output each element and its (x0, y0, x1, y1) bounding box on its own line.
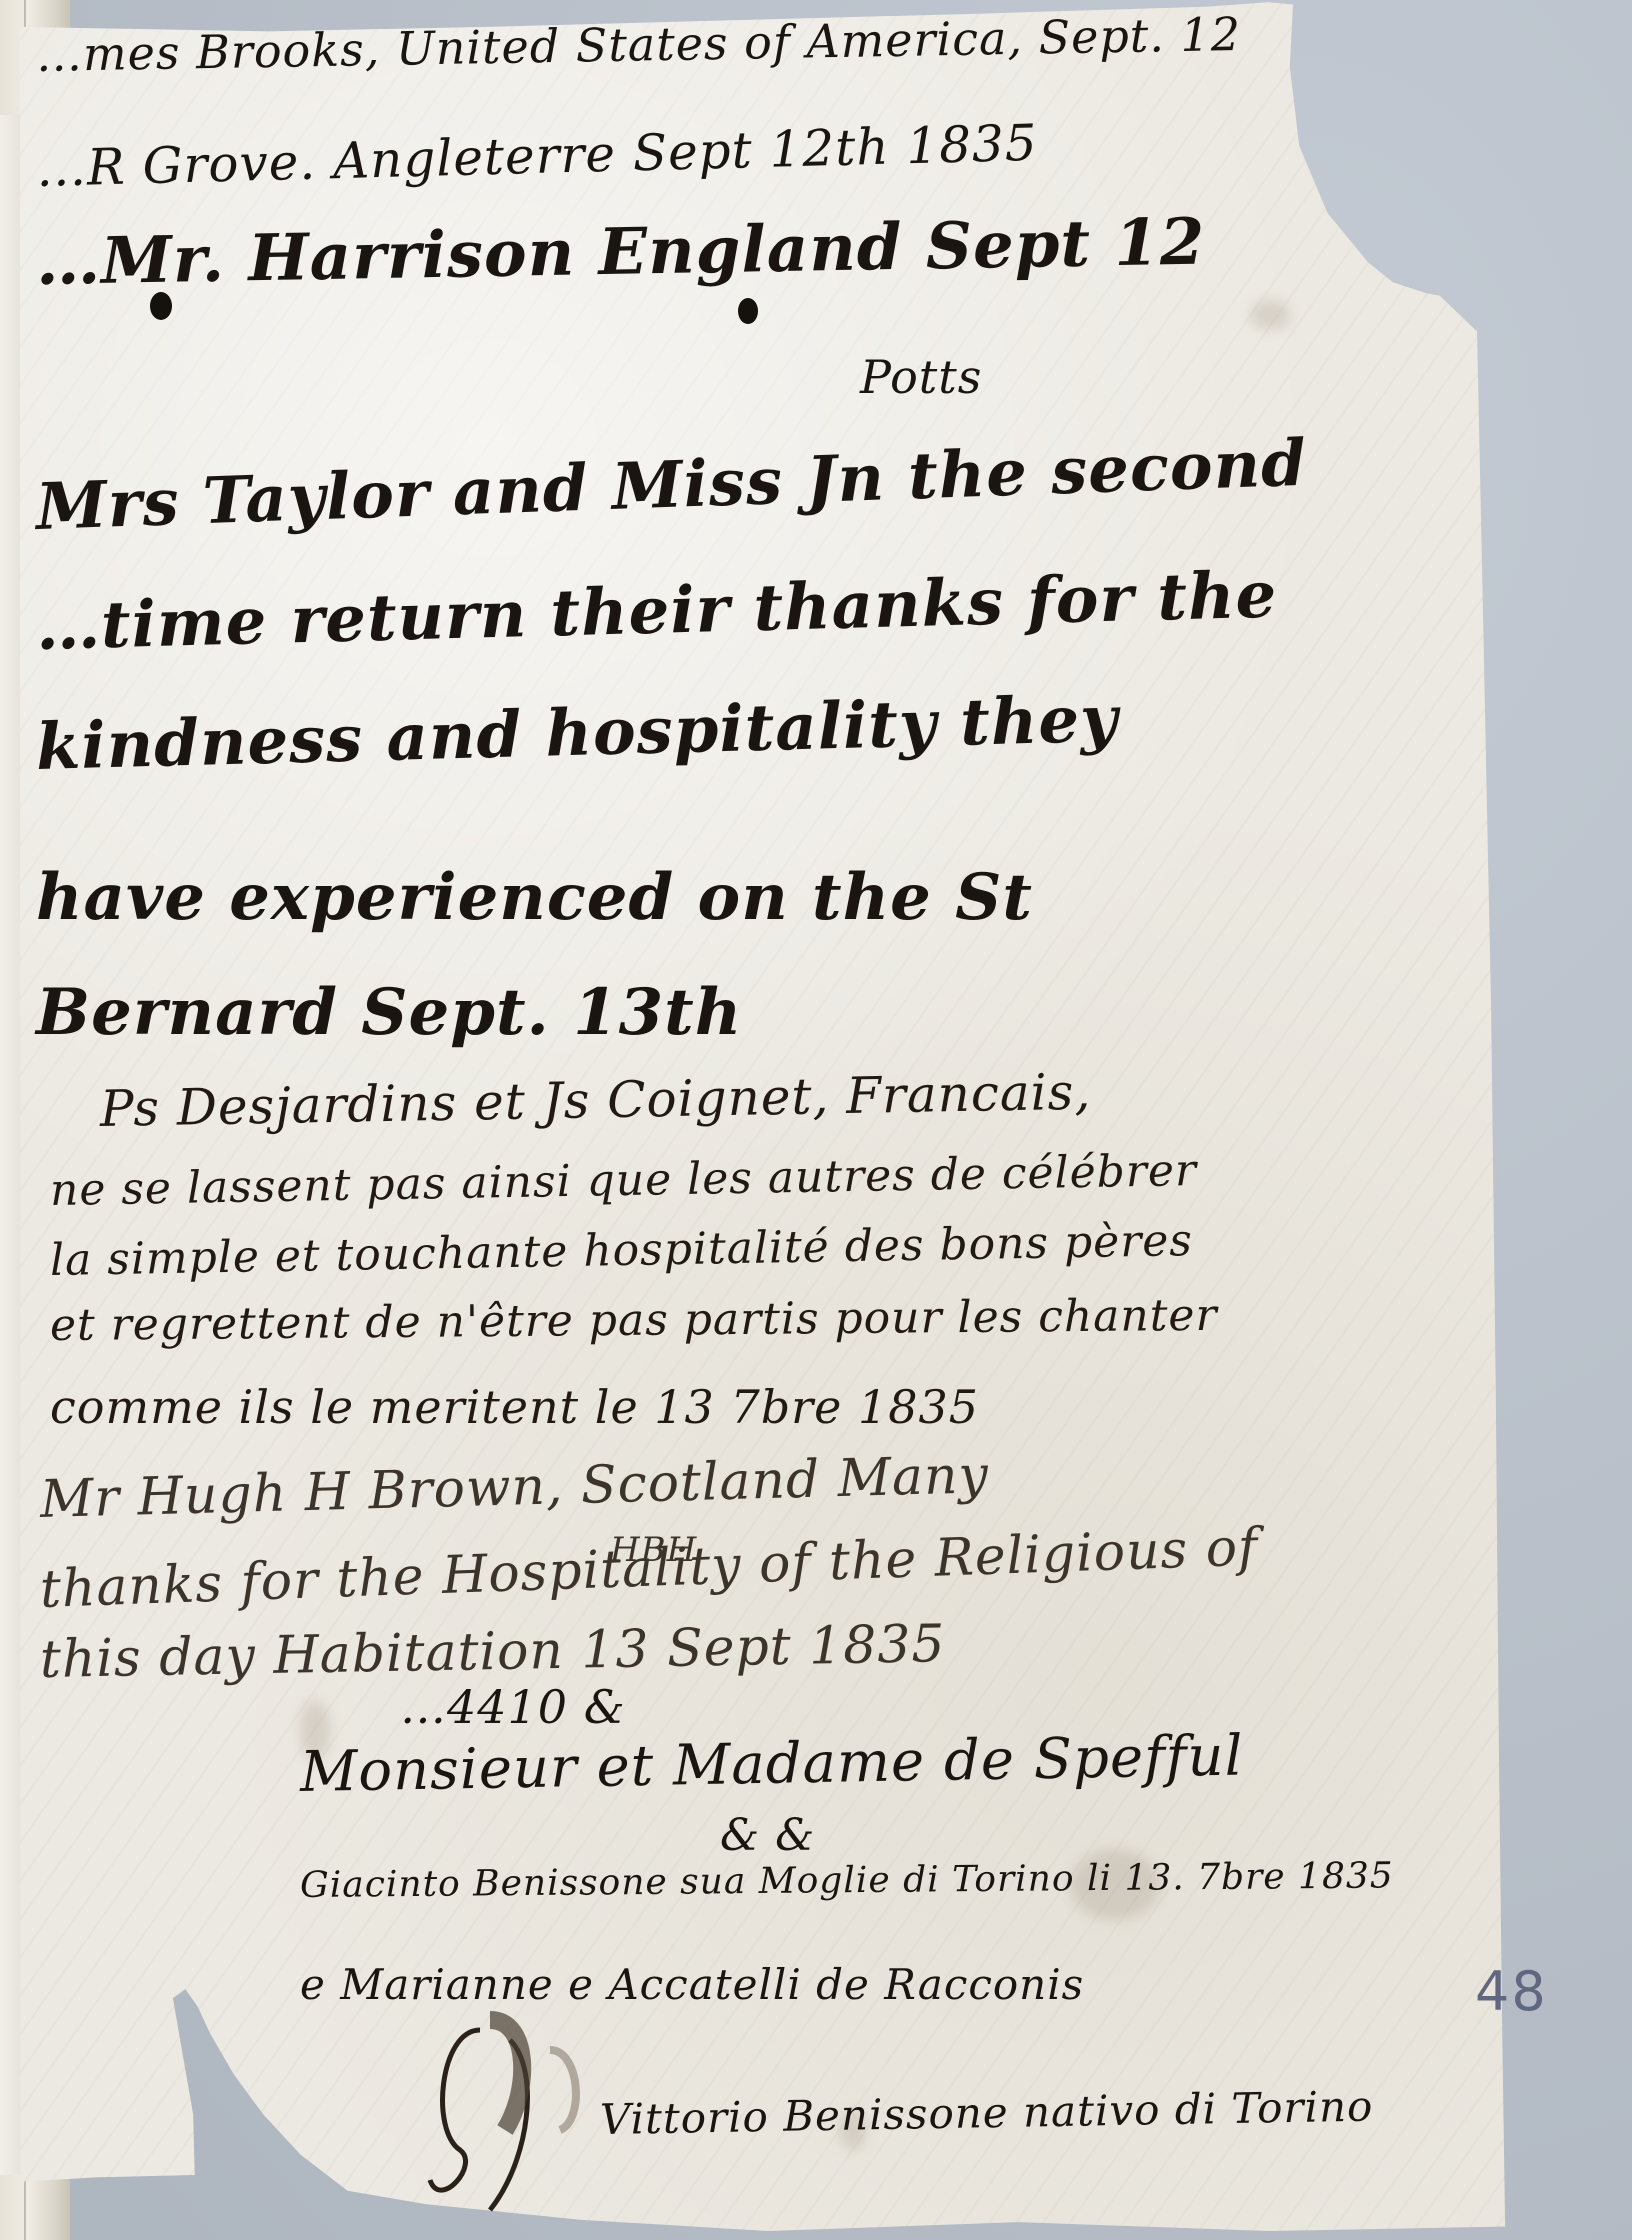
foxing-stain (1250, 300, 1290, 330)
entry-taylor-line: have experienced on the St (36, 860, 1033, 935)
entry-desjardins-line: comme ils le meritent le 13 7bre 1835 (50, 1380, 979, 1434)
page-number: 48 (1475, 1960, 1548, 2023)
entry-giacinto-line: e Marianne e Accatelli de Racconis (300, 1960, 1084, 2009)
entry-taylor-line: Bernard Sept. 13th (36, 975, 742, 1050)
entry-monsieur-ampersands: & & (720, 1810, 815, 1861)
entry-monsieur-number: …4410 & (400, 1680, 626, 1734)
ink-blot (738, 298, 758, 324)
entry-desjardins-line: et regrettent de n'être pas partis pour … (50, 1290, 1218, 1351)
ink-blot (150, 292, 172, 320)
entry-taylor-annotation: Potts (860, 350, 982, 404)
